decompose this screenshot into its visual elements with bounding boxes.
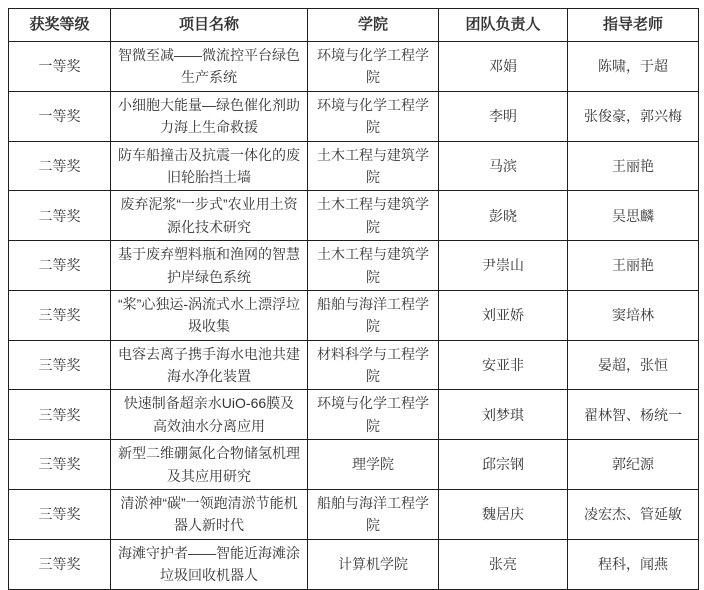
cell-college: 材料科学与工程学院 <box>308 340 439 390</box>
cell-project: 海滩守护者——智能近海滩涂垃圾回收机器人 <box>111 539 308 589</box>
column-header-award: 获奖等级 <box>9 9 111 42</box>
cell-advisor: 翟林智、杨统一 <box>568 390 699 440</box>
cell-advisor: 王丽艳 <box>568 241 699 291</box>
cell-advisor: 郭纪源 <box>568 440 699 490</box>
page: 获奖等级 项目名称 学院 团队负责人 指导老师 一等奖 智微至减——微流控平台绿… <box>0 0 704 590</box>
table-row: 二等奖 防车船撞击及抗震一体化的废旧轮胎挡土墙 土木工程与建筑学院 马滨 王丽艳 <box>9 141 699 191</box>
cell-leader: 邓娟 <box>439 42 568 92</box>
cell-advisor: 陈啸，于超 <box>568 42 699 92</box>
cell-college: 船舶与海洋工程学院 <box>308 290 439 340</box>
cell-college: 土木工程与建筑学院 <box>308 241 439 291</box>
cell-project: 清淤神“碳”一领跑清淤节能机器人新时代 <box>111 490 308 540</box>
cell-award: 三等奖 <box>9 440 111 490</box>
cell-award: 二等奖 <box>9 191 111 241</box>
cell-advisor: 窦培林 <box>568 290 699 340</box>
cell-project: 智微至减——微流控平台绿色生产系统 <box>111 42 308 92</box>
cell-award: 三等奖 <box>9 539 111 589</box>
cell-college: 土木工程与建筑学院 <box>308 191 439 241</box>
table-row: 一等奖 智微至减——微流控平台绿色生产系统 环境与化学工程学院 邓娟 陈啸，于超 <box>9 42 699 92</box>
cell-leader: 张亮 <box>439 539 568 589</box>
cell-advisor: 凌宏杰、管延敏 <box>568 490 699 540</box>
cell-college: 环境与化学工程学院 <box>308 42 439 92</box>
cell-college: 环境与化学工程学院 <box>308 390 439 440</box>
column-header-project: 项目名称 <box>111 9 308 42</box>
cell-project: 防车船撞击及抗震一体化的废旧轮胎挡土墙 <box>111 141 308 191</box>
cell-award: 一等奖 <box>9 42 111 92</box>
cell-college: 土木工程与建筑学院 <box>308 141 439 191</box>
cell-leader: 刘梦琪 <box>439 390 568 440</box>
cell-leader: 魏居庆 <box>439 490 568 540</box>
cell-award: 三等奖 <box>9 390 111 440</box>
table-row: 三等奖 “桨”心独运-涡流式水上漂浮垃圾收集 船舶与海洋工程学院 刘亚娇 窦培林 <box>9 290 699 340</box>
table-row: 二等奖 基于废弃塑料瓶和渔网的智慧护岸绿色系统 土木工程与建筑学院 尹崇山 王丽… <box>9 241 699 291</box>
cell-award: 三等奖 <box>9 290 111 340</box>
cell-project: 快速制备超亲水UiO-66膜及高效油水分离应用 <box>111 390 308 440</box>
table-row: 一等奖 小细胞大能量—绿色催化剂助力海上生命救援 环境与化学工程学院 李明 张俊… <box>9 91 699 141</box>
cell-advisor: 晏超，张恒 <box>568 340 699 390</box>
table-header-row: 获奖等级 项目名称 学院 团队负责人 指导老师 <box>9 9 699 42</box>
cell-college: 环境与化学工程学院 <box>308 91 439 141</box>
table-row: 三等奖 新型二维硼氮化合物储氢机理及其应用研究 理学院 邱宗钢 郭纪源 <box>9 440 699 490</box>
cell-leader: 彭晓 <box>439 191 568 241</box>
cell-award: 二等奖 <box>9 241 111 291</box>
cell-project: 新型二维硼氮化合物储氢机理及其应用研究 <box>111 440 308 490</box>
cell-project: 电容去离子携手海水电池共建海水净化装置 <box>111 340 308 390</box>
cell-advisor: 王丽艳 <box>568 141 699 191</box>
cell-college: 计算机学院 <box>308 539 439 589</box>
cell-leader: 安亚非 <box>439 340 568 390</box>
table-row: 三等奖 电容去离子携手海水电池共建海水净化装置 材料科学与工程学院 安亚非 晏超… <box>9 340 699 390</box>
cell-leader: 尹崇山 <box>439 241 568 291</box>
cell-college: 理学院 <box>308 440 439 490</box>
table-row: 三等奖 海滩守护者——智能近海滩涂垃圾回收机器人 计算机学院 张亮 程科，闻燕 <box>9 539 699 589</box>
column-header-advisor: 指导老师 <box>568 9 699 42</box>
cell-award: 三等奖 <box>9 340 111 390</box>
cell-project: “桨”心独运-涡流式水上漂浮垃圾收集 <box>111 290 308 340</box>
cell-college: 船舶与海洋工程学院 <box>308 490 439 540</box>
cell-project: 小细胞大能量—绿色催化剂助力海上生命救援 <box>111 91 308 141</box>
table-row: 二等奖 废弃泥浆“一步式”农业用土资源化技术研究 土木工程与建筑学院 彭晓 吴思… <box>9 191 699 241</box>
cell-award: 三等奖 <box>9 490 111 540</box>
cell-project: 废弃泥浆“一步式”农业用土资源化技术研究 <box>111 191 308 241</box>
cell-advisor: 吴思麟 <box>568 191 699 241</box>
cell-leader: 刘亚娇 <box>439 290 568 340</box>
column-header-leader: 团队负责人 <box>439 9 568 42</box>
cell-leader: 邱宗钢 <box>439 440 568 490</box>
cell-leader: 李明 <box>439 91 568 141</box>
table-row: 三等奖 快速制备超亲水UiO-66膜及高效油水分离应用 环境与化学工程学院 刘梦… <box>9 390 699 440</box>
cell-award: 二等奖 <box>9 141 111 191</box>
column-header-college: 学院 <box>308 9 439 42</box>
table-row: 三等奖 清淤神“碳”一领跑清淤节能机器人新时代 船舶与海洋工程学院 魏居庆 凌宏… <box>9 490 699 540</box>
cell-advisor: 张俊豪，郭兴梅 <box>568 91 699 141</box>
cell-leader: 马滨 <box>439 141 568 191</box>
cell-project: 基于废弃塑料瓶和渔网的智慧护岸绿色系统 <box>111 241 308 291</box>
cell-award: 一等奖 <box>9 91 111 141</box>
awards-table: 获奖等级 项目名称 学院 团队负责人 指导老师 一等奖 智微至减——微流控平台绿… <box>8 8 699 590</box>
cell-advisor: 程科，闻燕 <box>568 539 699 589</box>
